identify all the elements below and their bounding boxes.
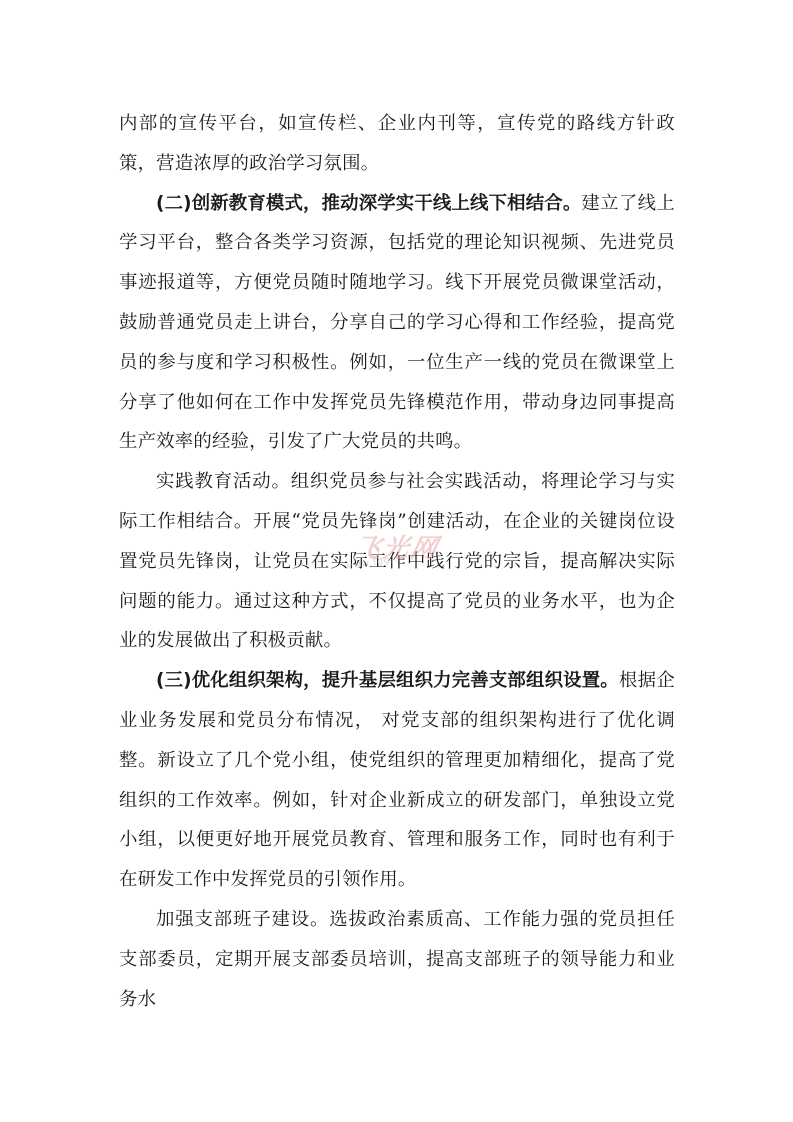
paragraph-2-text: 建立了线上学习平台，整合各类学习资源，包括党的理论知识视频、先进党员事迹报道等，… [119,193,675,453]
paragraph-3: 实践教育活动。组织党员参与社会实践活动，将理论学习与实际工作相结合。开展“党员先… [119,462,675,661]
paragraph-1: 内部的宣传平台，如宣传栏、企业内刊等，宣传党的路线方针政策，营造浓厚的政治学习氛… [119,104,675,184]
paragraph-3-text: 实践教育活动。组织党员参与社会实践活动，将理论学习与实际工作相结合。开展“党员先… [119,471,675,651]
document-page: 内部的宣传平台，如宣传栏、企业内刊等，宣传党的路线方针政策，营造浓厚的政治学习氛… [119,104,675,1019]
paragraph-1-text: 内部的宣传平台，如宣传栏、企业内刊等，宣传党的路线方针政策，营造浓厚的政治学习氛… [119,113,675,174]
paragraph-5-text: 加强支部班子建设。选拔政治素质高、工作能力强的党员担任支部委员，定期开展支部委员… [119,909,675,1010]
paragraph-4-text: 根据企业业务发展和党员分布情况， 对党支部的组织架构进行了优化调整。新设立了几个… [119,670,675,890]
paragraph-2: (二)创新教育模式，推动深学实干线上线下相结合。建立了线上学习平台，整合各类学习… [119,184,675,463]
paragraph-5: 加强支部班子建设。选拔政治素质高、工作能力强的党员担任支部委员，定期开展支部委员… [119,900,675,1019]
section-3-heading: (三)优化组织架构，提升基层组织力完善支部组织设置。 [156,670,619,691]
paragraph-4: (三)优化组织架构，提升基层组织力完善支部组织设置。根据企业业务发展和党员分布情… [119,661,675,900]
section-2-heading: (二)创新教育模式，推动深学实干线上线下相结合。 [156,193,581,214]
